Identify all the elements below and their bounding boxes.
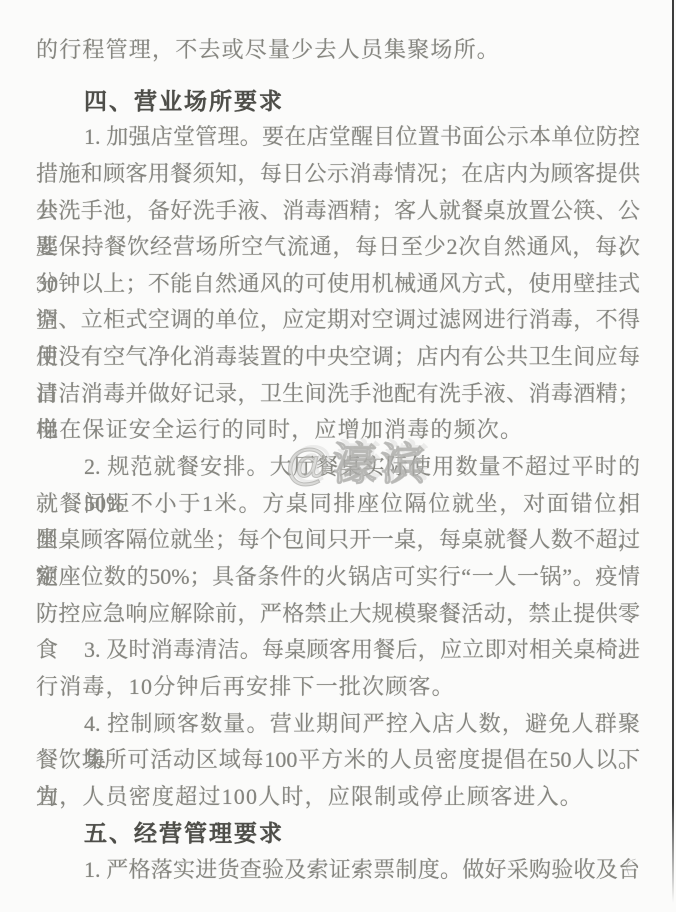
- text-line: 梯在保证安全运行的同时，应增加消毒的频次。: [36, 412, 640, 449]
- text-line: 4. 控制顾客数量。营业期间严控入店人数，避免人群聚集。: [36, 706, 640, 743]
- text-line: 1. 加强店堂管理。要在店堂醒目位置书面公示本单位防控: [36, 119, 640, 156]
- text-line: 要保持餐饮经营场所空气流通，每日至少2次自然通风，每次30: [36, 229, 640, 266]
- text-line: 3. 及时消毒清洁。每桌顾客用餐后，应立即对相关桌椅进: [36, 632, 640, 669]
- text-line: 行消毒，10分钟后再安排下一批次顾客。: [36, 669, 640, 706]
- text-line: 调、立柜式空调的单位，应定期对空调过滤网进行消毒，不得使: [36, 302, 640, 339]
- text-line: 共洗手池，备好洗手液、消毒酒精；客人就餐桌放置公筷、公匙；: [36, 193, 640, 230]
- scanned-document-page: 的行程管理，不去或尽量少去人员集聚场所。 四、营业场所要求 1. 加强店堂管理。…: [0, 0, 676, 912]
- text-line: 用没有空气净化消毒装置的中央空调；店内有公共卫生间应每日: [36, 339, 640, 376]
- text-line: 措施和顾客用餐须知，每日公示消毒情况；在店内为顾客提供公: [36, 156, 640, 193]
- text-line: 宜，人员密度超过100人时，应限制或停止顾客进入。: [36, 779, 640, 816]
- document-body: 的行程管理，不去或尽量少去人员集聚场所。 四、营业场所要求 1. 加强店堂管理。…: [36, 32, 640, 889]
- section-heading: 四、营业场所要求: [36, 83, 640, 120]
- text-line: 防控应急响应解除前，严格禁止大规模聚餐活动，禁止提供零食。: [36, 596, 640, 633]
- text-line: 2. 规范就餐安排。大厅餐桌实际使用数量不超过平时的50%，: [36, 449, 640, 486]
- text-line: 清洁消毒并做好记录，卫生间洗手池配有洗手液、消毒酒精；电: [36, 376, 640, 413]
- text-line: 就餐间距不小于1米。方桌同排座位隔位就坐，对面错位相坐，: [36, 486, 640, 523]
- scan-edge-line: [672, 0, 674, 912]
- text-line: 的行程管理，不去或尽量少去人员集聚场所。: [36, 32, 640, 69]
- text-line: 餐饮场所可活动区域每100平方米的人员密度提倡在50人以下为: [36, 742, 640, 779]
- text-line: 圆桌顾客隔位就坐；每个包间只开一桌，每桌就餐人数不超过额: [36, 522, 640, 559]
- text-line: 分钟以上；不能自然通风的可使用机械通风方式，使用壁挂式空: [36, 266, 640, 303]
- section-heading: 五、经营管理要求: [36, 815, 640, 852]
- text-line: 定座位数的50%；具备条件的火锅店可实行“一人一锅”。疫情: [36, 559, 640, 596]
- text-line: 1. 严格落实进货查验及索证索票制度。做好采购验收及台: [36, 852, 640, 889]
